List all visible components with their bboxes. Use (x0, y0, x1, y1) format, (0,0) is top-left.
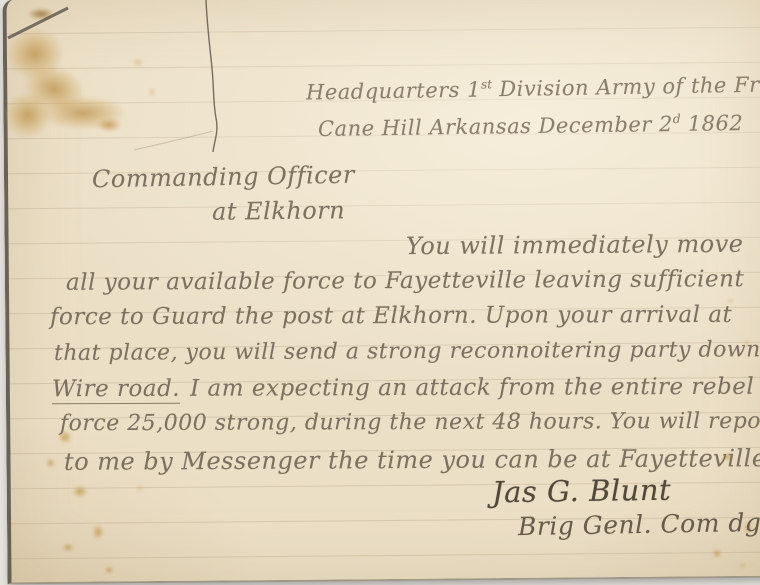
stain (136, 484, 144, 492)
stain (96, 118, 122, 132)
body-line4: that place, you will send a strong recon… (54, 337, 760, 366)
body-line6: force 25,000 strong, during the next 48 … (60, 409, 760, 437)
stain (148, 88, 156, 96)
stain (104, 566, 114, 574)
body-line5: Wire road.I am expecting an attack from … (52, 374, 754, 402)
stain (92, 524, 104, 540)
stain (28, 8, 54, 20)
signature-title: Brig Genl. Com dg (518, 508, 760, 541)
heading-text: 1862 (681, 111, 744, 136)
heading-text: Cane Hill Arkansas December 2 (318, 112, 673, 141)
heading-text: Division Army of the Frontier (492, 71, 760, 101)
body-line3: force to Guard the post at Elkhorn. Upon… (50, 302, 732, 330)
recipient-line1: Commanding Officer (92, 161, 355, 194)
body-line7: to me by Messenger the time you can be a… (64, 444, 760, 476)
underlined-text: Wire road. (52, 376, 180, 404)
scanned-letter: Headquarters 1st Division Army of the Fr… (0, 0, 760, 585)
stain (712, 549, 722, 558)
stain (738, 562, 747, 569)
stain (62, 543, 74, 552)
stain (72, 485, 88, 498)
superscript: d (673, 112, 681, 126)
signature-name: Jas G. Blunt (492, 473, 672, 509)
recipient-line2: at Elkhorn (212, 196, 345, 225)
body-line2: all your available force to Fayetteville… (66, 266, 744, 296)
heading-text: Headquarters 1 (306, 77, 481, 104)
stain (132, 58, 144, 67)
body-line1: You will immediately move (406, 230, 744, 260)
superscript: st (481, 77, 492, 91)
stain (46, 458, 55, 468)
body-text: I am expecting an attack from the entire… (190, 374, 754, 402)
stain (4, 92, 52, 138)
